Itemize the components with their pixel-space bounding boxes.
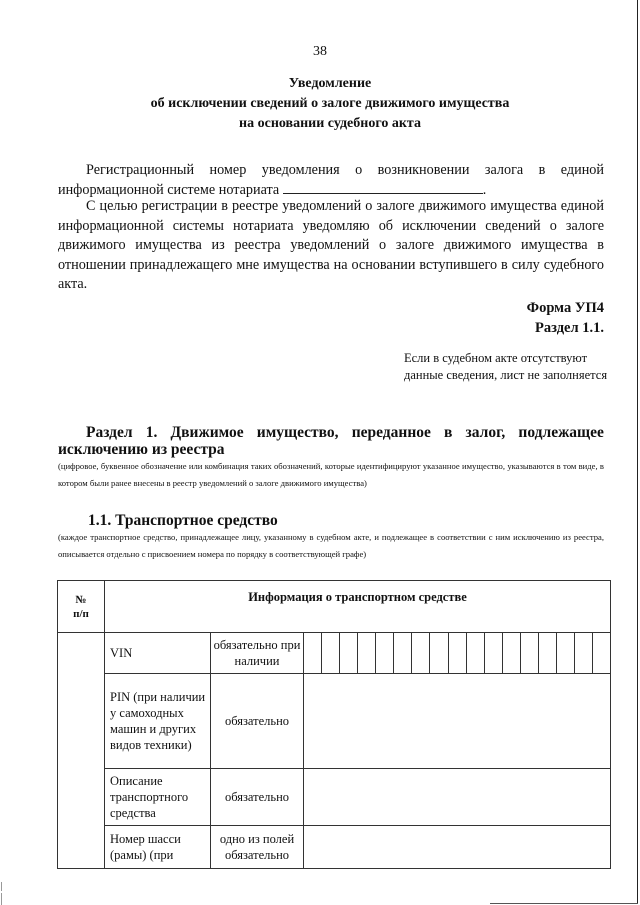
vin-character-box[interactable]: [394, 633, 412, 673]
vin-box-group[interactable]: [304, 633, 610, 673]
page-number: 38: [0, 44, 640, 60]
heading-word: 1.: [146, 424, 158, 441]
fill-instruction-note: Если в судебном акте отсутствуют данные …: [404, 350, 624, 383]
section-1-note: (цифровое, буквенное обозначение или ком…: [58, 458, 604, 492]
vin-character-box[interactable]: [430, 633, 448, 673]
description-input-cell[interactable]: [304, 769, 611, 826]
row-number-cell[interactable]: [58, 633, 105, 869]
table-row-chassis: Номер шасси (рамы) (при одно из полей об…: [58, 826, 611, 869]
vin-character-box[interactable]: [593, 633, 610, 673]
row-label: PIN (при наличии у самоходных машин и др…: [105, 674, 211, 769]
pin-input-cell[interactable]: [304, 674, 611, 769]
title-line-2: об исключении сведений о залоге движимог…: [60, 94, 600, 114]
row-label: VIN: [105, 633, 211, 674]
vin-character-box[interactable]: [358, 633, 376, 673]
vin-character-box[interactable]: [503, 633, 521, 673]
column-header-vehicle-info: Информация о транспортном средстве: [105, 581, 611, 633]
vin-character-box[interactable]: [467, 633, 485, 673]
section-1-heading-line-1: Раздел 1. Движимое имущество, переданное…: [58, 424, 604, 441]
row-requirement: обязательно: [211, 674, 304, 769]
document-title: Уведомление об исключении сведений о зал…: [60, 74, 600, 134]
table-row-vin: VIN обязательно при наличии: [58, 633, 611, 674]
purpose-paragraph: С целью регистрации в реестре уведомлени…: [58, 197, 604, 295]
table-header-row: № п/п Информация о транспортном средстве: [58, 581, 611, 633]
row-label: Описание транспортного средства: [105, 769, 211, 826]
vin-character-box[interactable]: [412, 633, 430, 673]
heading-word: в: [444, 424, 452, 441]
page-edge-bottom: [490, 903, 638, 904]
heading-word: подлежащее: [518, 424, 604, 441]
registration-number-field[interactable]: [283, 181, 483, 194]
vehicle-info-table-wrapper: № п/п Информация о транспортном средстве…: [57, 580, 611, 869]
scan-artifact: [1, 893, 2, 905]
vin-character-box[interactable]: [521, 633, 539, 673]
section-1-heading-line-2: исключению из реестра: [58, 441, 604, 458]
table-row-pin: PIN (при наличии у самоходных машин и др…: [58, 674, 611, 769]
table-row-description: Описание транспортного средства обязател…: [58, 769, 611, 826]
vin-character-box[interactable]: [340, 633, 358, 673]
title-line-3: на основании судебного акта: [60, 114, 600, 134]
row-label: Номер шасси (рамы) (при: [105, 826, 211, 869]
title-line-1: Уведомление: [60, 74, 600, 94]
header-num-abbr: п/п: [58, 607, 104, 621]
form-label: Форма УП4 Раздел 1.1.: [527, 298, 604, 338]
vin-character-box[interactable]: [557, 633, 575, 673]
header-num-symbol: №: [58, 593, 104, 607]
registration-number-suffix: .: [483, 182, 487, 198]
vehicle-info-table: № п/п Информация о транспортном средстве…: [57, 580, 611, 869]
column-header-number: № п/п: [58, 581, 105, 633]
heading-word: имущество,: [257, 424, 339, 441]
page-edge-right: [637, 0, 638, 903]
heading-word: переданное: [352, 424, 431, 441]
vin-character-box[interactable]: [485, 633, 503, 673]
scan-artifact: [1, 882, 2, 891]
form-name: Форма УП4: [527, 298, 604, 318]
vin-input-cells[interactable]: [304, 633, 611, 674]
vin-character-box[interactable]: [449, 633, 467, 673]
row-requirement: одно из полей обязательно: [211, 826, 304, 869]
vin-character-box[interactable]: [304, 633, 322, 673]
vin-character-box[interactable]: [322, 633, 340, 673]
heading-word: Раздел: [86, 424, 133, 441]
form-section: Раздел 1.1.: [527, 318, 604, 338]
row-requirement: обязательно: [211, 769, 304, 826]
vin-character-box[interactable]: [575, 633, 593, 673]
registration-number-paragraph: Регистрационный номер уведомления о возн…: [58, 161, 604, 200]
subsection-title: 1.1. Транспортное средство: [58, 512, 604, 529]
row-requirement: обязательно при наличии: [211, 633, 304, 674]
section-1-heading: Раздел 1. Движимое имущество, переданное…: [58, 424, 604, 492]
subsection-note: (каждое транспортное средство, принадлеж…: [58, 529, 604, 563]
vin-character-box[interactable]: [539, 633, 557, 673]
subsection-1-1: 1.1. Транспортное средство (каждое транс…: [58, 512, 604, 563]
heading-word: залог,: [466, 424, 506, 441]
chassis-input-cell[interactable]: [304, 826, 611, 869]
heading-word: Движимое: [171, 424, 244, 441]
vin-character-box[interactable]: [376, 633, 394, 673]
